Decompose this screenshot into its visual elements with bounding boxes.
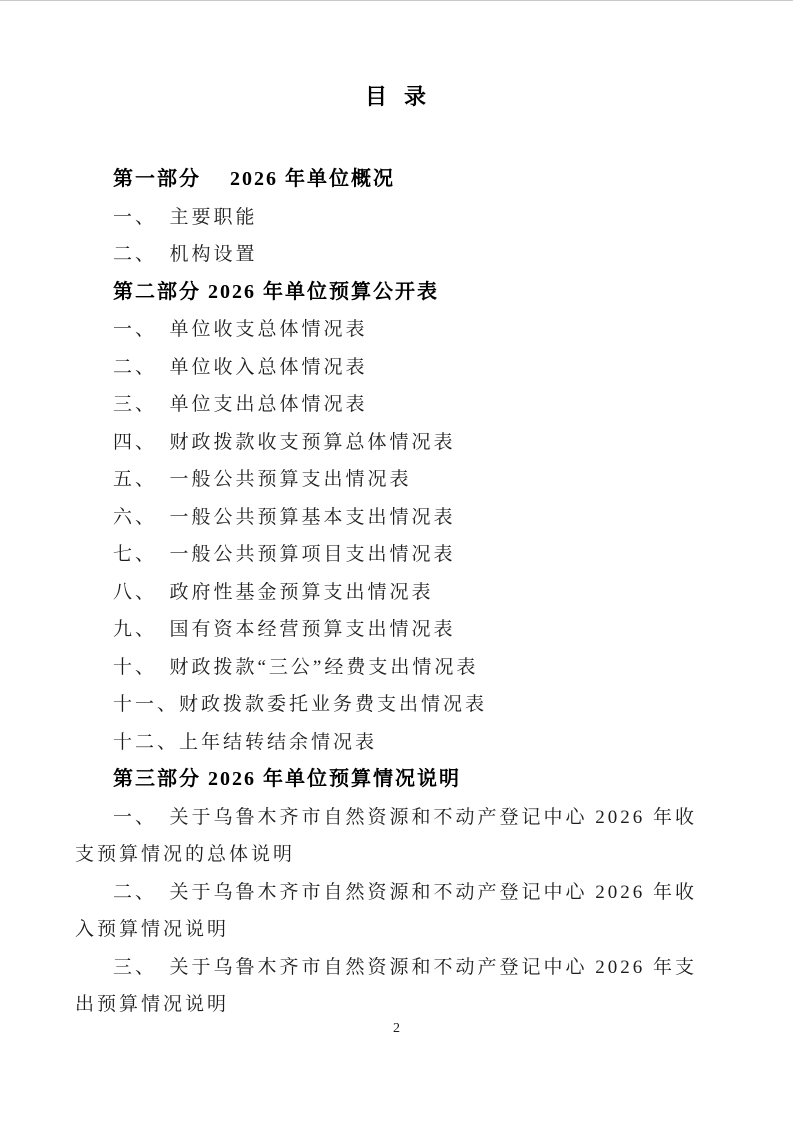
toc-item: 十一、财政拨款委托业务费支出情况表 [75,686,718,724]
toc: 第一部分 2026 年单位概况 一、 主要职能 二、 机构设置 第二部分 202… [75,161,718,1024]
toc-part: 第二部分 2026 年单位预算公开表 一、 单位收支总体情况表 二、 单位收入总… [75,274,718,762]
toc-item: 三、 关于乌鲁木齐市自然资源和不动产登记中心 2026 年支出预算情况说明 [75,949,718,1024]
toc-item: 五、 一般公共预算支出情况表 [75,461,718,499]
toc-item: 七、 一般公共预算项目支出情况表 [75,536,718,574]
toc-part-heading: 第三部分 2026 年单位预算情况说明 [75,761,718,799]
toc-part-items: 一、 单位收支总体情况表 二、 单位收入总体情况表 三、 单位支出总体情况表 四… [75,311,718,761]
toc-item: 四、 财政拨款收支预算总体情况表 [75,424,718,462]
toc-part-heading: 第二部分 2026 年单位预算公开表 [75,274,718,312]
toc-item: 九、 国有资本经营预算支出情况表 [75,611,718,649]
toc-part: 第三部分 2026 年单位预算情况说明 一、 关于乌鲁木齐市自然资源和不动产登记… [75,761,718,1024]
toc-item: 八、 政府性基金预算支出情况表 [75,574,718,612]
toc-item: 二、 机构设置 [75,236,718,274]
toc-part-items: 一、 主要职能 二、 机构设置 [75,199,718,274]
toc-part-items: 一、 关于乌鲁木齐市自然资源和不动产登记中心 2026 年收支预算情况的总体说明… [75,799,718,1024]
toc-item: 六、 一般公共预算基本支出情况表 [75,499,718,537]
toc-item: 一、 主要职能 [75,199,718,237]
toc-item: 二、 单位收入总体情况表 [75,349,718,387]
toc-item: 一、 关于乌鲁木齐市自然资源和不动产登记中心 2026 年收支预算情况的总体说明 [75,799,718,874]
toc-part: 第一部分 2026 年单位概况 一、 主要职能 二、 机构设置 [75,161,718,274]
toc-item: 三、 单位支出总体情况表 [75,386,718,424]
toc-item: 一、 单位收支总体情况表 [75,311,718,349]
toc-item: 二、 关于乌鲁木齐市自然资源和不动产登记中心 2026 年收入预算情况说明 [75,874,718,949]
toc-part-heading: 第一部分 2026 年单位概况 [75,161,718,199]
toc-item: 十二、上年结转结余情况表 [75,724,718,762]
toc-item: 十、 财政拨款“三公”经费支出情况表 [75,649,718,687]
document-page: 目 录 第一部分 2026 年单位概况 一、 主要职能 二、 机构设置 第二部分… [0,0,793,1122]
page-number: 2 [0,1020,793,1038]
page-content: 目 录 第一部分 2026 年单位概况 一、 主要职能 二、 机构设置 第二部分… [75,1,718,1024]
page-title: 目 录 [75,84,718,110]
